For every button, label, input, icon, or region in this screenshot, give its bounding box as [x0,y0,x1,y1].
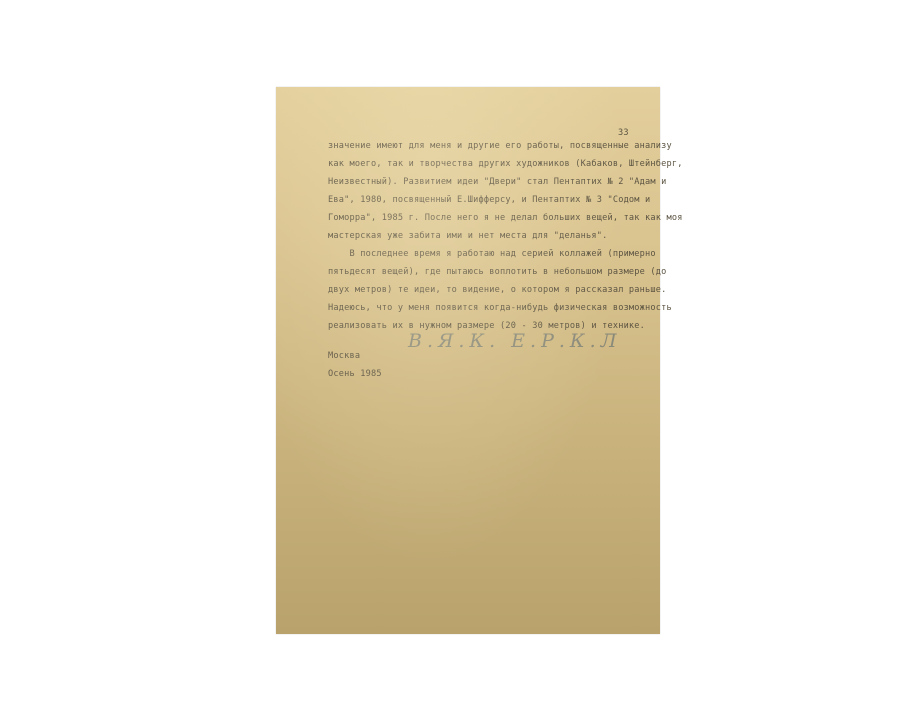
signature: В.Я.К. Е.Р.К.Л [408,330,622,352]
text-line: значение имеют для меня и другие его раб… [328,141,672,151]
text-line: В последнее время я работаю над серией к… [328,249,656,259]
text-line: двух метров) те идеи, то видение, о кото… [328,285,667,295]
text-line: пятьдесят вещей), где пытаюсь воплотить … [328,267,667,277]
place: Москва [328,351,360,361]
text-line: Ева", 1980, посвященный Е.Шифферсу, и Пе… [328,195,650,205]
text-line: Неизвестный). Развитием идеи "Двери" ста… [328,177,667,187]
page-number: 33 [618,128,629,138]
text-line: Надеюсь, что у меня появится когда-нибуд… [328,303,672,313]
text-line: мастерская уже забита ими и нет места дл… [328,231,607,241]
text-line: как моего, так и творчества других худож… [328,159,683,169]
document-page: 33 значение имеют для меня и другие его … [276,87,660,634]
text-line: Гоморра", 1985 г. После него я не делал … [328,213,683,223]
date: Осень 1985 [328,369,382,379]
